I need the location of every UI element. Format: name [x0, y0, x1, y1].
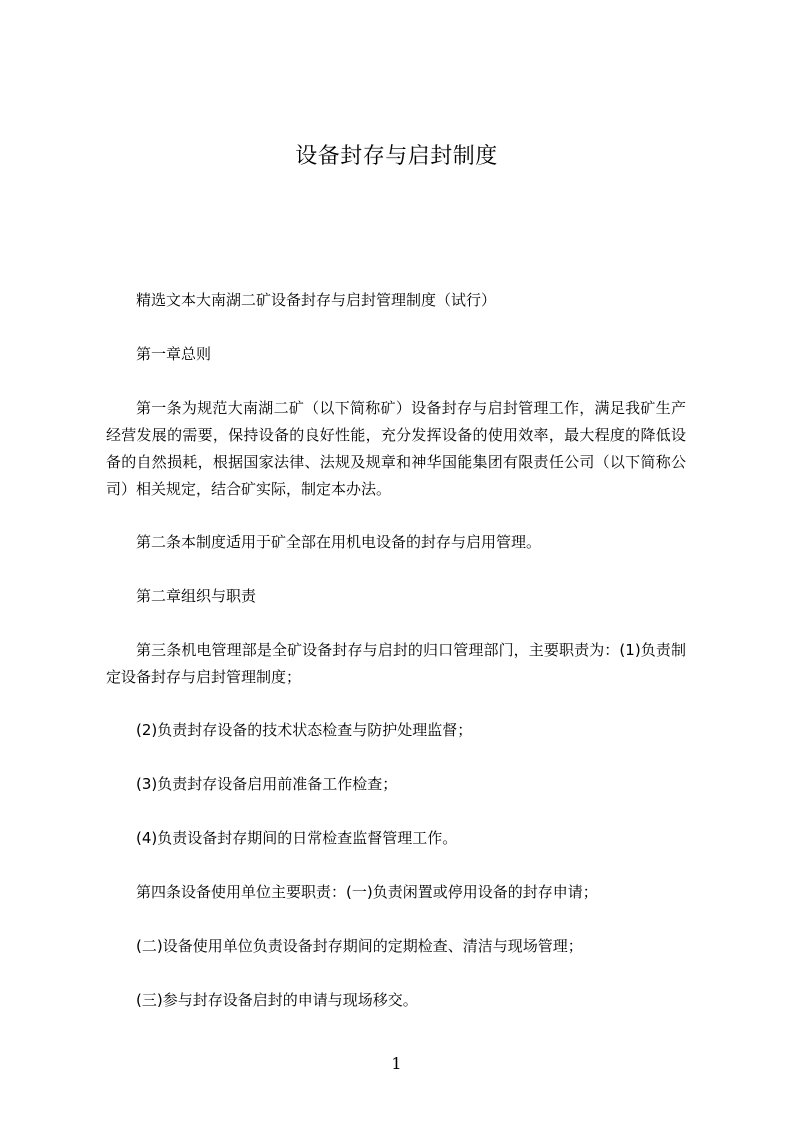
document-title: 设备封存与启封制度: [0, 142, 793, 172]
article-2: 第二条本制度适用于矿全部在用机电设备的封存与启用管理。: [136, 529, 696, 556]
article-4-item-3: (三)参与封存设备启封的申请与现场移交。: [136, 987, 696, 1014]
article-4-item-2: (二)设备使用单位负责设备封存期间的定期检查、清洁与现场管理；: [136, 933, 696, 960]
page-number: 1: [0, 1054, 793, 1073]
article-3-item-3: (3)负责封存设备启用前准备工作检查；: [136, 771, 696, 798]
article-3: 第三条机电管理部是全矿设备封存与启封的归口管理部门，主要职责为：(1)负责制定设…: [106, 637, 686, 691]
article-3-item-4: (4)负责设备封存期间的日常检查监督管理工作。: [136, 825, 696, 852]
chapter-heading-2: 第二章组织与职责: [136, 583, 696, 610]
document-page: 设备封存与启封制度 精选文本大南湖二矿设备封存与启封管理制度（试行） 第一章总则…: [0, 0, 793, 1122]
article-3-item-2: (2)负责封存设备的技术状态检查与防护处理监督；: [136, 717, 696, 744]
article-4: 第四条设备使用单位主要职责：(一)负责闲置或停用设备的封存申请；: [136, 879, 696, 906]
chapter-heading-1: 第一章总则: [136, 341, 696, 368]
paragraph-subtitle: 精选文本大南湖二矿设备封存与启封管理制度（试行）: [136, 287, 696, 314]
article-1: 第一条为规范大南湖二矿（以下简称矿）设备封存与启封管理工作，满足我矿生产经营发展…: [106, 395, 686, 503]
